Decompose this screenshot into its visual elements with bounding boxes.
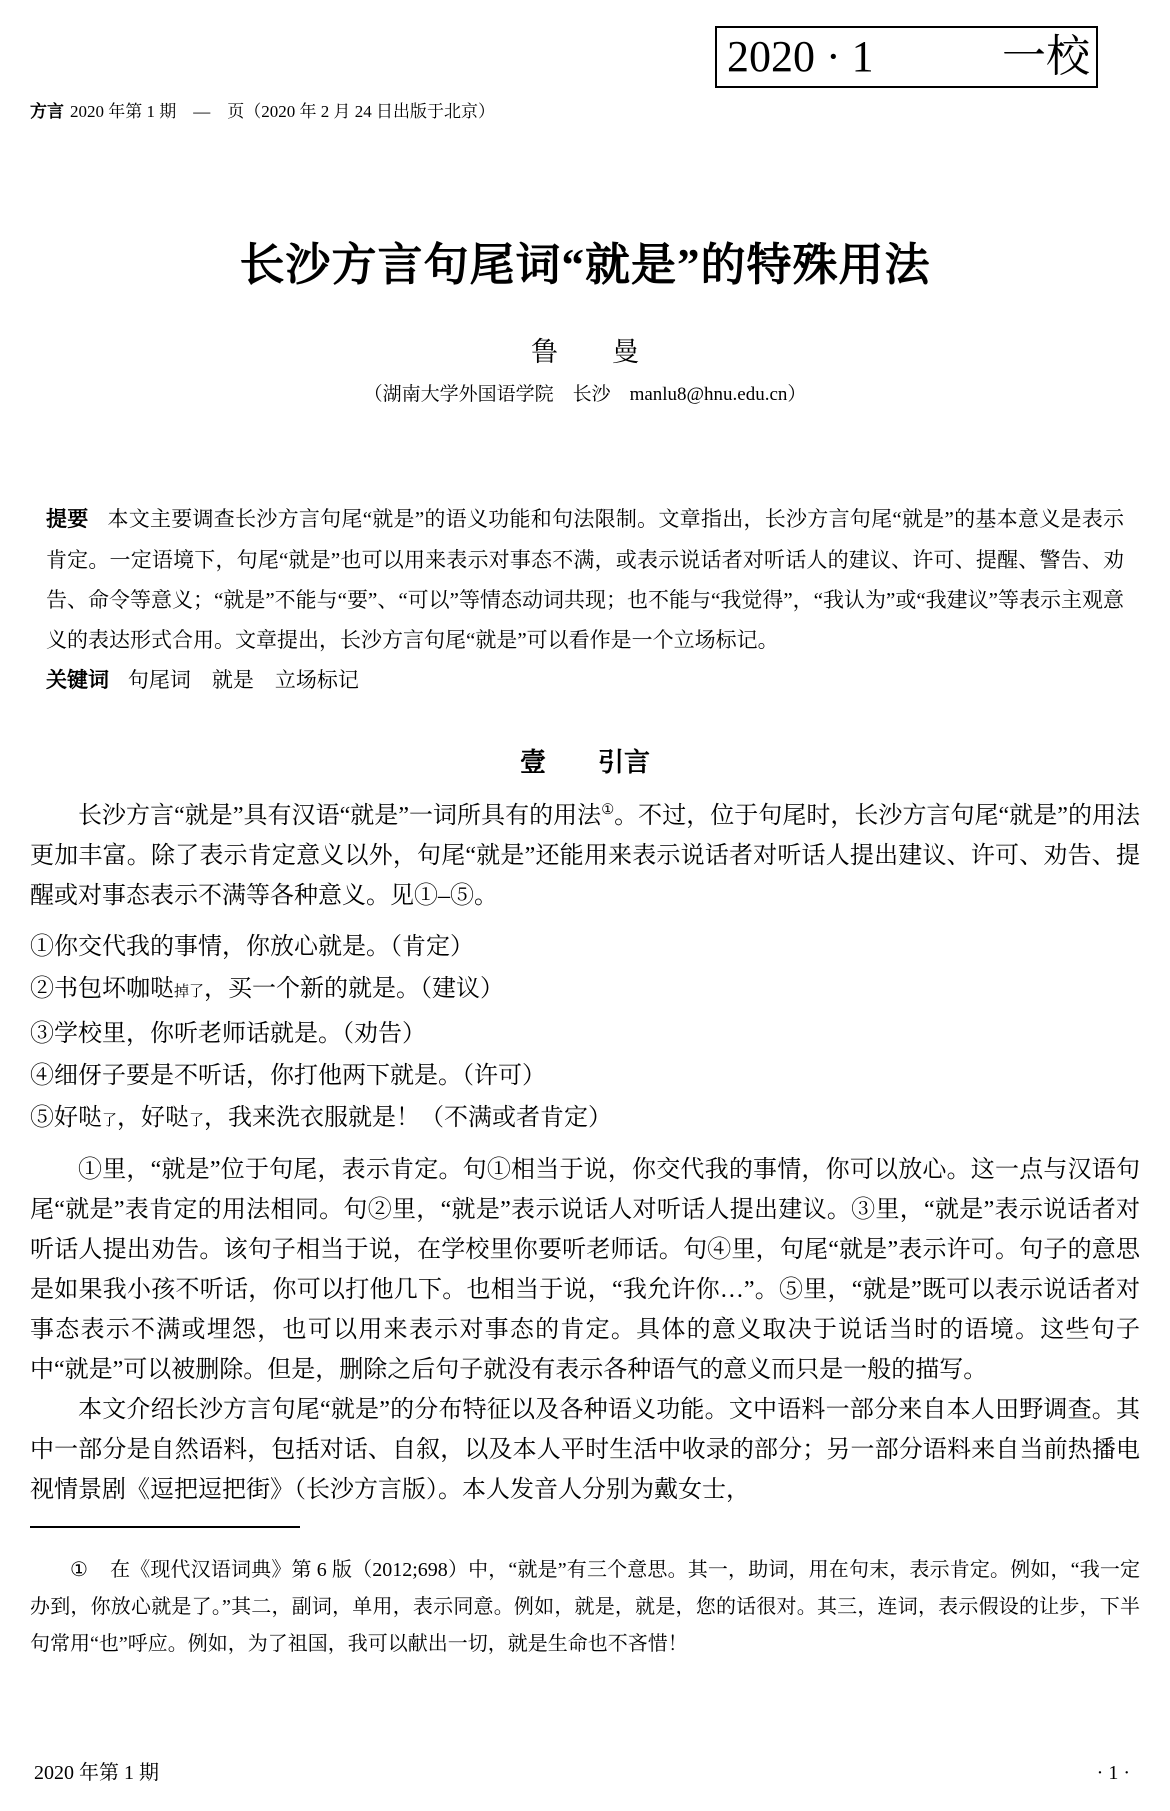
footnote-separator bbox=[30, 1526, 300, 1528]
intro-paragraph-1: 长沙方言“就是”具有汉语“就是”一词所具有的用法①。不过，位于句尾时，长沙方言句… bbox=[30, 796, 1140, 916]
abstract-label: 提要 bbox=[46, 508, 89, 531]
paragraph-text: 长沙方言“就是”具有汉语“就是”一词所具有的用法 bbox=[78, 803, 601, 829]
footnote-marker: ① bbox=[70, 1559, 88, 1581]
keywords-label: 关键词 bbox=[46, 669, 109, 692]
author-affiliation: （湖南大学外国语学院 长沙 manlu8@hnu.edu.cn） bbox=[30, 384, 1140, 407]
keywords-text: 句尾词 就是 立场标记 bbox=[128, 668, 359, 692]
stamp-proof-label: 一校 bbox=[1002, 35, 1090, 79]
footnote-text: 在《现代汉语词典》第 6 版（2012;698）中，“就是”有三个意思。其一，助… bbox=[30, 1559, 1140, 1655]
paper-page: 2020 · 1 一校 方言2020 年第 1 期 — 页（2020 年 2 月… bbox=[0, 0, 1170, 1811]
gloss-small-text: 了 bbox=[189, 1113, 204, 1129]
example-line-1: ①你交代我的事情，你放心就是。（肯定） bbox=[30, 926, 1140, 968]
example-text: ⑤好哒 bbox=[30, 1105, 102, 1131]
example-text: ②书包坏咖哒 bbox=[30, 976, 174, 1002]
example-text: ③学校里，你听老师话就是。（劝告） bbox=[30, 1021, 426, 1047]
running-header: 方言2020 年第 1 期 — 页（2020 年 2 月 24 日出版于北京） bbox=[30, 102, 1140, 122]
page-footer: 2020 年第 1 期 · 1 · bbox=[34, 1761, 1130, 1785]
example-line-3: ③学校里，你听老师话就是。（劝告） bbox=[30, 1013, 1140, 1055]
proof-stamp-box: 2020 · 1 一校 bbox=[715, 26, 1098, 88]
article-title: 长沙方言句尾词“就是”的特殊用法 bbox=[30, 240, 1140, 292]
gloss-small-text: 了 bbox=[102, 1113, 117, 1129]
example-text: ，我来洗衣服就是！（不满或者肯定） bbox=[204, 1105, 612, 1131]
keywords-block: 关键词句尾词 就是 立场标记 bbox=[46, 660, 1124, 701]
header-issue-info: 2020 年第 1 期 — 页（2020 年 2 月 24 日出版于北京） bbox=[70, 102, 495, 121]
footnote: ①在《现代汉语词典》第 6 版（2012;698）中，“就是”有三个意思。其一，… bbox=[30, 1552, 1140, 1663]
author-name: 鲁 曼 bbox=[30, 336, 1140, 368]
abstract-block: 提要本文主要调查长沙方言句尾“就是”的语义功能和句法限制。文章指出，长沙方言句尾… bbox=[46, 499, 1124, 660]
section-heading: 壹 引言 bbox=[30, 747, 1140, 778]
examples-block: ①你交代我的事情，你放心就是。（肯定） ②书包坏咖哒掉了，买一个新的就是。（建议… bbox=[30, 926, 1140, 1142]
example-line-2: ②书包坏咖哒掉了，买一个新的就是。（建议） bbox=[30, 968, 1140, 1013]
example-text: ①你交代我的事情，你放心就是。（肯定） bbox=[30, 934, 474, 960]
intro-paragraph-2: ①里，“就是”位于句尾，表示肯定。句①相当于说，你交代我的事情，你可以放心。这一… bbox=[30, 1150, 1140, 1390]
example-text: ，好哒 bbox=[117, 1105, 189, 1131]
example-text: ，买一个新的就是。（建议） bbox=[204, 976, 504, 1002]
example-text: ④细伢子要是不听话，你打他两下就是。（许可） bbox=[30, 1063, 546, 1089]
example-line-5: ⑤好哒了，好哒了，我来洗衣服就是！（不满或者肯定） bbox=[30, 1097, 1140, 1142]
stamp-row: 2020 · 1 一校 bbox=[30, 26, 1098, 88]
abstract-text: 本文主要调查长沙方言句尾“就是”的语义功能和句法限制。文章指出，长沙方言句尾“就… bbox=[46, 507, 1124, 652]
stamp-issue: 2020 · 1 bbox=[727, 35, 874, 79]
gloss-small-text: 掉了 bbox=[174, 984, 204, 1000]
footer-issue: 2020 年第 1 期 bbox=[34, 1761, 159, 1785]
footnote-ref-mark: ① bbox=[601, 802, 614, 818]
example-line-4: ④细伢子要是不听话，你打他两下就是。（许可） bbox=[30, 1055, 1140, 1097]
footer-page-number: · 1 · bbox=[1097, 1761, 1130, 1785]
intro-paragraph-3: 本文介绍长沙方言句尾“就是”的分布特征以及各种语义功能。文中语料一部分来自本人田… bbox=[30, 1390, 1140, 1510]
journal-name: 方言 bbox=[30, 102, 64, 121]
